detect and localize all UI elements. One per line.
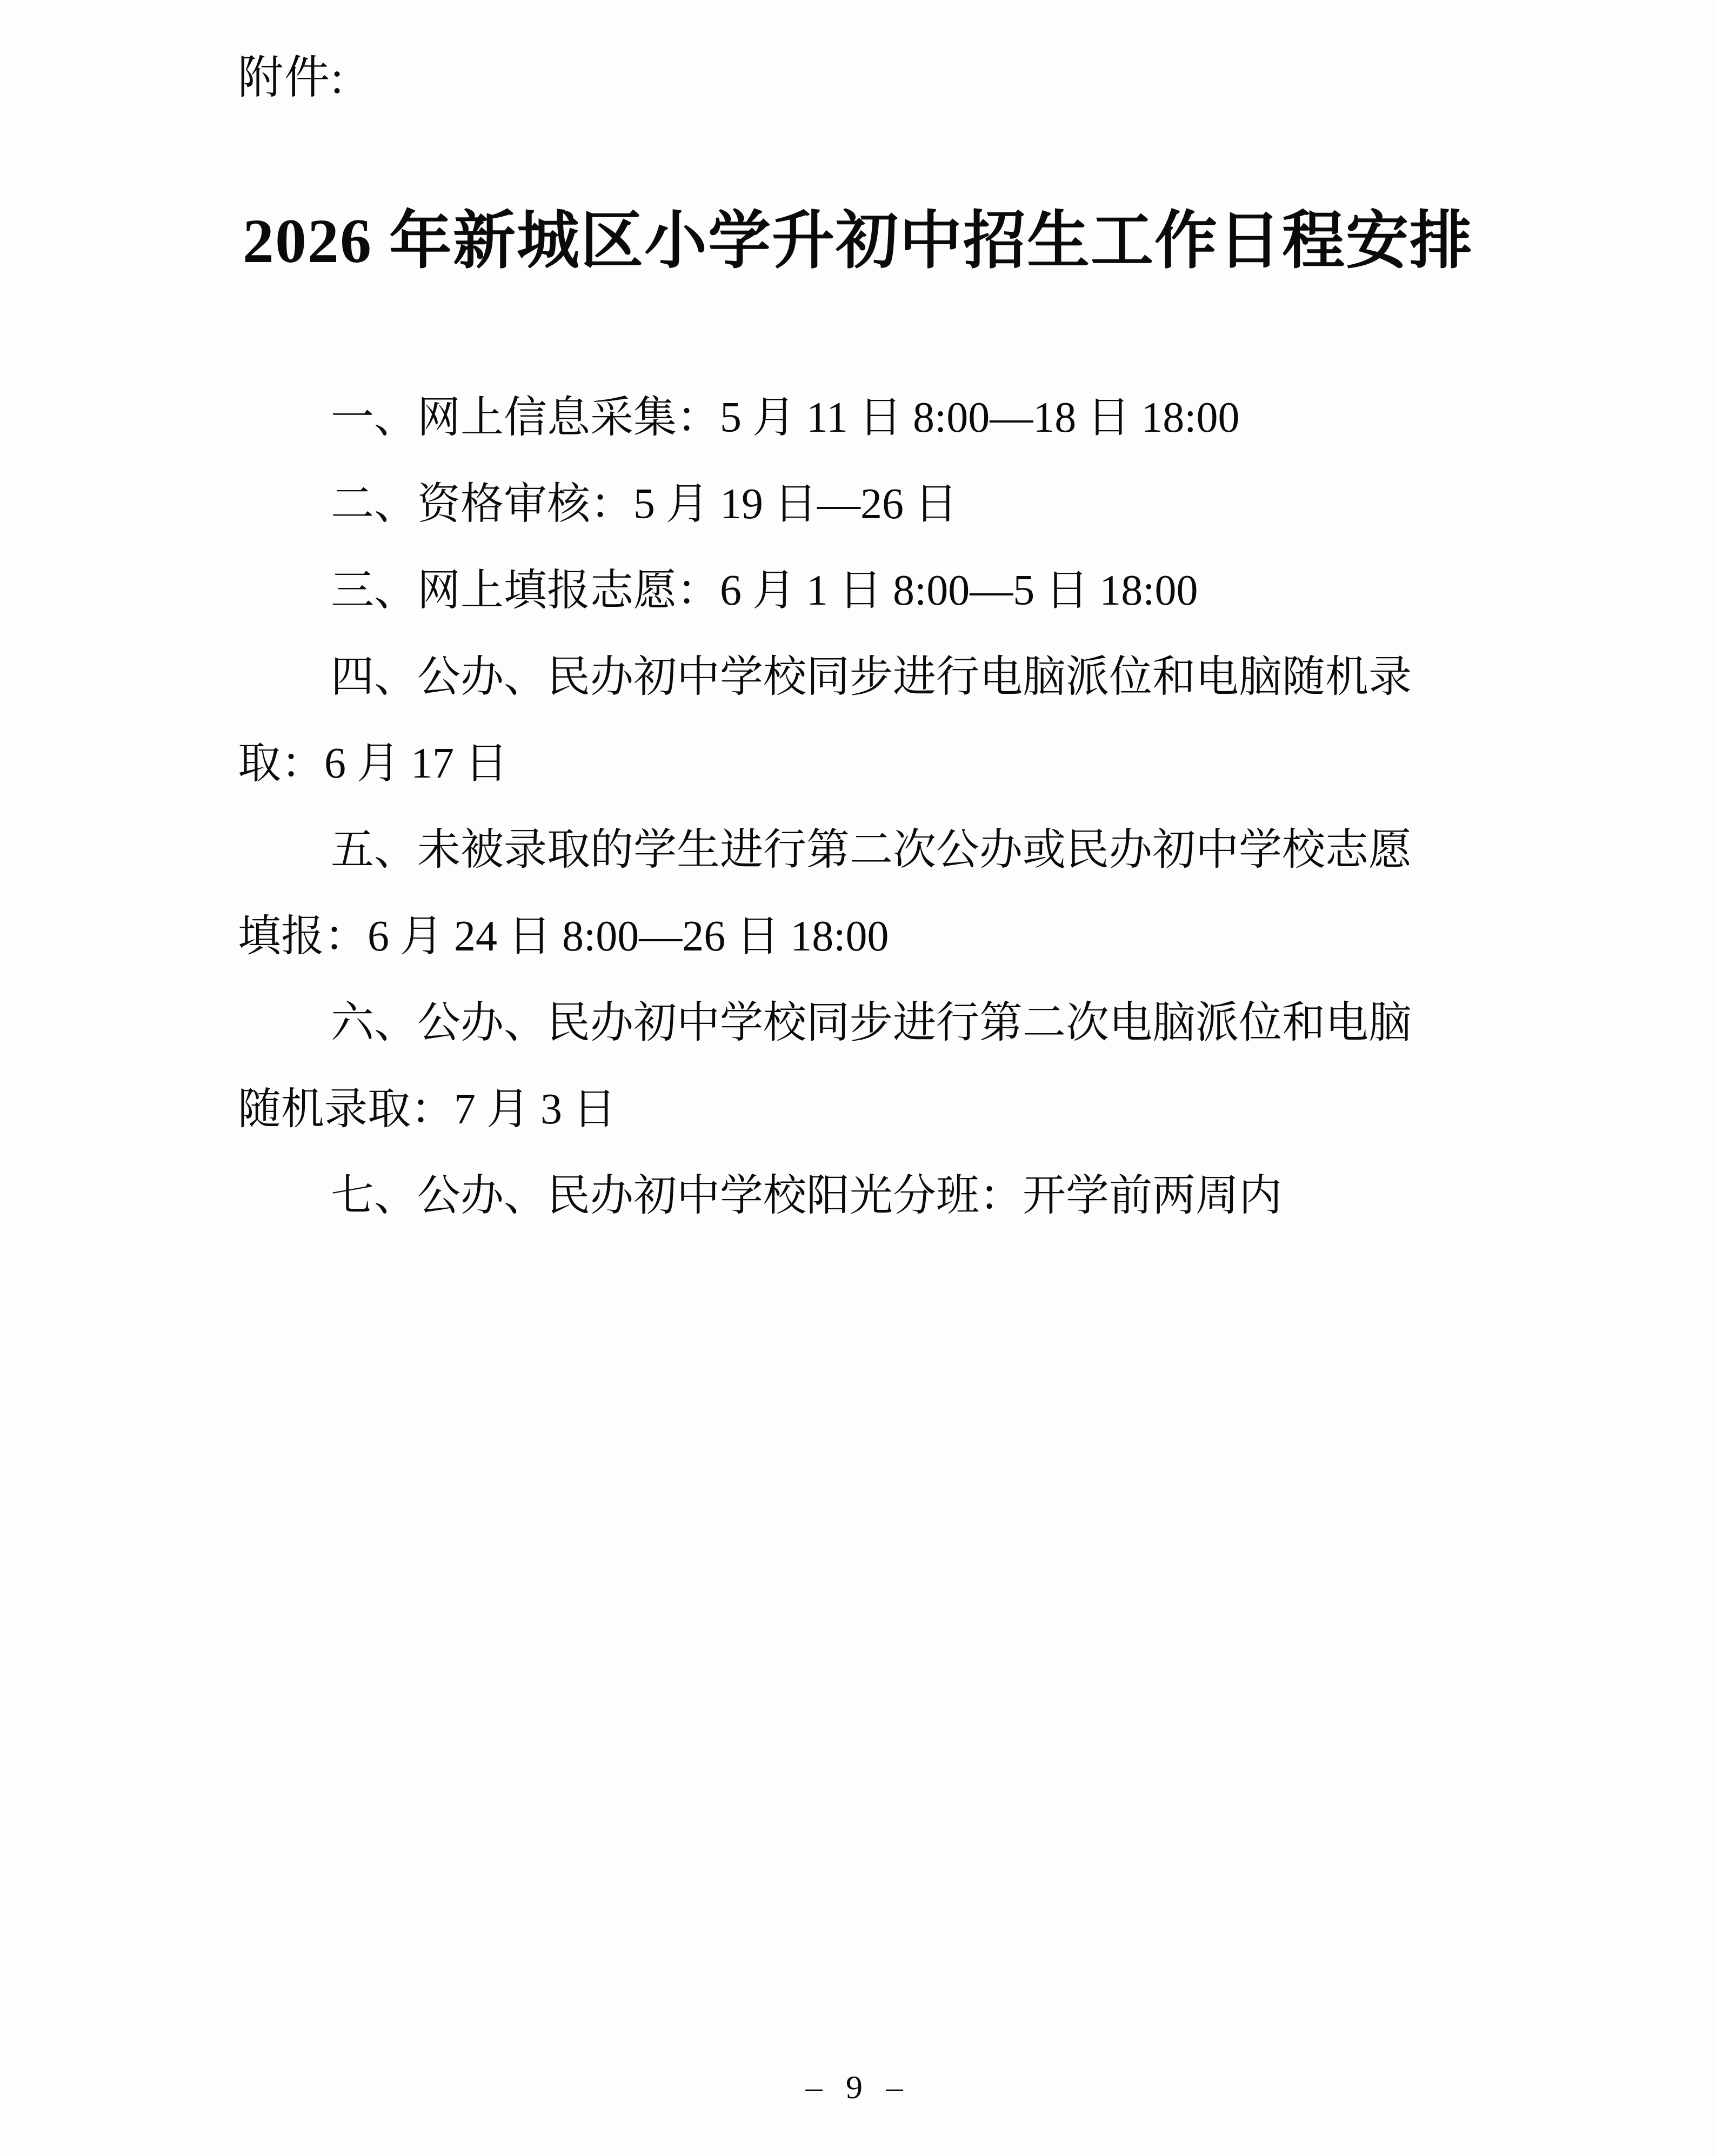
document-title: 2026 年新城区小学升初中招生工作日程安排: [0, 201, 1716, 283]
schedule-line-六: 六、公办、民办初中学校同步进行第二次电脑派位和电脑: [238, 980, 1500, 1066]
schedule-line-三: 三、网上填报志愿：6 月 1 日 8:00—5 日 18:00: [238, 547, 1500, 634]
schedule-line-四: 取：6 月 17 日: [238, 720, 1500, 807]
schedule-line-四: 四、公办、民办初中学校同步进行电脑派位和电脑随机录: [238, 634, 1500, 720]
schedule-list: 一、网上信息采集：5 月 11 日 8:00—18 日 18:00二、资格审核：…: [238, 374, 1500, 1239]
schedule-line-二: 二、资格审核：5 月 19 日—26 日: [238, 461, 1500, 547]
schedule-line-一: 一、网上信息采集：5 月 11 日 8:00—18 日 18:00: [238, 374, 1500, 461]
schedule-line-六: 随机录取：7 月 3 日: [238, 1066, 1500, 1153]
schedule-line-五: 填报：6 月 24 日 8:00—26 日 18:00: [238, 893, 1500, 980]
schedule-line-七: 七、公办、民办初中学校阳光分班：开学前两周内: [238, 1153, 1500, 1239]
page-number: – 9 –: [0, 2068, 1716, 2107]
document-page: 附件: 2026 年新城区小学升初中招生工作日程安排 一、网上信息采集：5 月 …: [0, 0, 1716, 2156]
attachment-label: 附件:: [238, 51, 1500, 106]
schedule-line-五: 五、未被录取的学生进行第二次公办或民办初中学校志愿: [238, 807, 1500, 893]
